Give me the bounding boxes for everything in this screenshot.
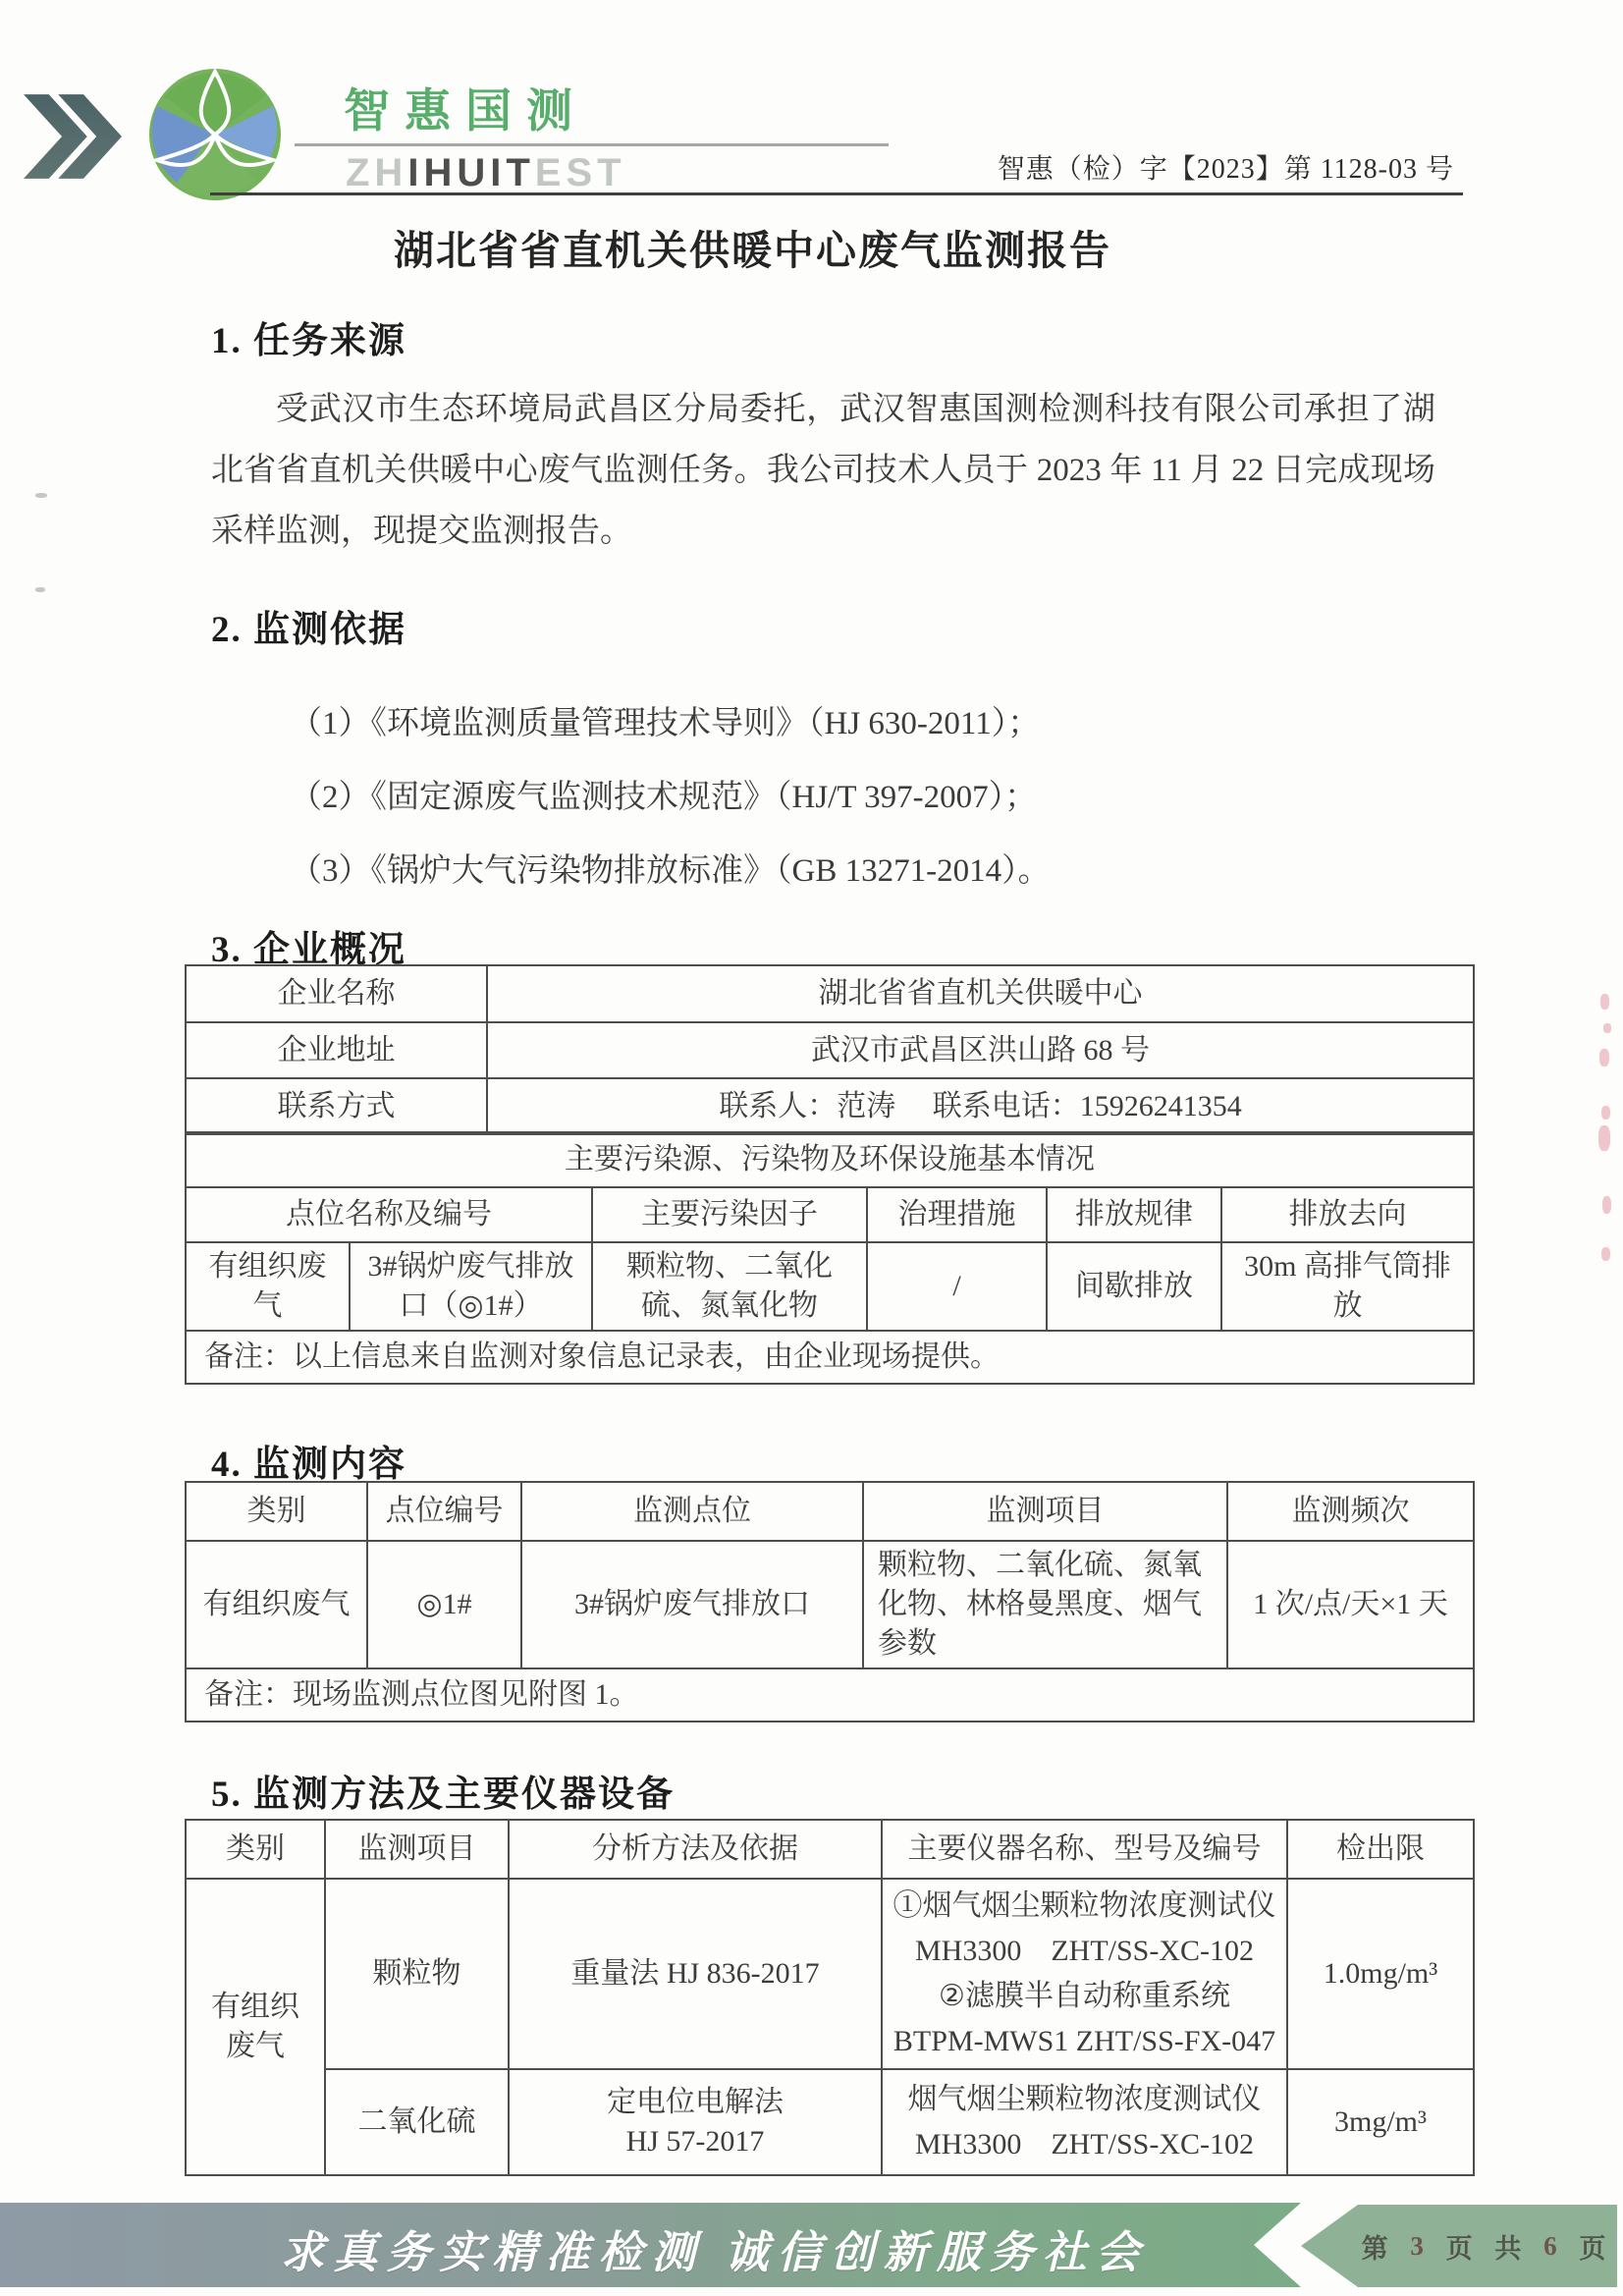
cell-point: 3#锅炉废气排放口 <box>521 1541 863 1668</box>
cell-category: 有组织废气 <box>186 1541 367 1668</box>
brand-en-part-1: ZH <box>346 151 407 194</box>
col-header-method: 分析方法及依据 <box>509 1820 882 1879</box>
scan-artifact <box>1598 1125 1610 1151</box>
brand-divider-line <box>295 143 889 146</box>
contact-value: 联系人：范涛 联系电话：15926241354 <box>487 1078 1474 1134</box>
cell-outlet: 3#锅炉废气排放口（◎1#） <box>350 1242 592 1331</box>
footer-slogan-band: 求真务实精准检测 诚信创新服务社会 <box>0 2203 1301 2287</box>
cell-category: 有组织废气 <box>186 1242 350 1331</box>
col-header-category: 类别 <box>186 1482 367 1541</box>
company-name-label: 企业名称 <box>186 965 487 1022</box>
cell-pattern: 间歇排放 <box>1047 1242 1221 1331</box>
report-title: 湖北省省直机关供暖中心废气监测报告 <box>187 218 1436 276</box>
table-row: 企业地址 武汉市武昌区洪山路 68 号 <box>186 1022 1474 1078</box>
scan-artifact <box>1601 1247 1610 1261</box>
page-total: 6 <box>1543 2231 1565 2262</box>
cell-method-so2: 定电位电解法 HJ 57-2017 <box>509 2069 882 2175</box>
table-row: 有组织废气 3#锅炉废气排放口（◎1#） 颗粒物、二氧化硫、氮氧化物 / 间歇排… <box>186 1242 1474 1331</box>
table-row: 联系方式 联系人：范涛 联系电话：15926241354 <box>186 1078 1474 1134</box>
section-5-heading: 5. 监测方法及主要仪器设备 <box>211 1764 675 1817</box>
col-header-pattern: 排放规律 <box>1047 1187 1221 1242</box>
section-4-heading: 4. 监测内容 <box>211 1434 406 1487</box>
brand-en-part-3: EST <box>535 151 626 194</box>
scan-artifact <box>1599 1049 1609 1066</box>
cell-item-particulate: 颗粒物 <box>325 1879 509 2069</box>
methods-instruments-table: 类别 监测项目 分析方法及依据 主要仪器名称、型号及编号 检出限 有组织 废气 … <box>185 1819 1475 2176</box>
scan-artifact <box>35 587 45 592</box>
pollution-source-table: 主要污染源、污染物及环保设施基本情况 点位名称及编号 主要污染因子 治理措施 排… <box>185 1131 1475 1385</box>
cell-limit-particulate: 1.0mg/m³ <box>1287 1879 1474 2069</box>
header-rule-line <box>210 192 1463 195</box>
table-row: 企业名称 湖北省省直机关供暖中心 <box>186 965 1474 1022</box>
col-header-items: 监测项目 <box>863 1482 1227 1541</box>
brand-name-chinese: 智惠国测 <box>344 75 587 140</box>
page-number-text: 第 3 页 共 6 页 <box>1358 2205 1617 2287</box>
cell-destination: 30m 高排气筒排放 <box>1221 1242 1474 1331</box>
cell-item-so2: 二氧化硫 <box>325 2069 509 2175</box>
scan-artifact <box>1603 1023 1611 1033</box>
reference-item: （1）《环境监测质量管理技术导则》（HJ 630-2011）； <box>290 697 1040 743</box>
company-address-label: 企业地址 <box>186 1022 487 1078</box>
page-prefix: 第 <box>1362 2227 1396 2266</box>
cell-limit-so2: 3mg/m³ <box>1287 2069 1474 2175</box>
table-row: 有组织废气 ◎1# 3#锅炉废气排放口 颗粒物、二氧化硫、氮氧化物、林格曼黑度、… <box>186 1541 1474 1668</box>
col-header-item: 监测项目 <box>325 1820 509 1879</box>
cell-frequency: 1 次/点/天×1 天 <box>1227 1541 1474 1668</box>
table-row: 主要污染源、污染物及环保设施基本情况 <box>186 1132 1474 1187</box>
table-header-row: 点位名称及编号 主要污染因子 治理措施 排放规律 排放去向 <box>186 1187 1474 1242</box>
table-note: 备注：以上信息来自监测对象信息记录表，由企业现场提供。 <box>186 1331 1474 1384</box>
page-suffix: 页 <box>1579 2227 1613 2266</box>
col-header-point: 点位名称及编号 <box>186 1187 592 1242</box>
cell-point-id: ◎1# <box>367 1541 521 1668</box>
reference-item: （2）《固定源废气监测技术规范》（HJ/T 397-2007）； <box>290 771 1037 817</box>
table-row: 二氧化硫 定电位电解法 HJ 57-2017 烟气烟尘颗粒物浓度测试仪 MH33… <box>186 2069 1474 2175</box>
table-header-row: 类别 点位编号 监测点位 监测项目 监测频次 <box>186 1482 1474 1541</box>
section-2-heading: 2. 监测依据 <box>211 599 406 652</box>
page-number: 3 <box>1410 2231 1432 2262</box>
scan-artifact <box>35 493 47 498</box>
section-1-heading: 1. 任务来源 <box>211 310 406 363</box>
company-address-value: 武汉市武昌区洪山路 68 号 <box>487 1022 1474 1078</box>
table-note-row: 备注：现场监测点位图见附图 1。 <box>186 1668 1474 1722</box>
table-note: 备注：现场监测点位图见附图 1。 <box>186 1668 1474 1722</box>
task-source-paragraph: 受武汉市生态环境局武昌区分局委托，武汉智惠国测检测科技有限公司承担了湖北省省直机… <box>211 379 1435 562</box>
cell-pollutants: 颗粒物、二氧化硫、氮氧化物 <box>592 1242 867 1331</box>
cell-category: 有组织 废气 <box>186 1879 325 2175</box>
company-info-table: 企业名称 湖北省省直机关供暖中心 企业地址 武汉市武昌区洪山路 68 号 联系方… <box>185 964 1475 1135</box>
cell-items: 颗粒物、二氧化硫、氮氧化物、林格曼黑度、烟气参数 <box>863 1541 1227 1668</box>
footer-slogan: 求真务实精准检测 诚信创新服务社会 <box>0 2216 1242 2280</box>
scan-artifact <box>1601 1106 1610 1120</box>
company-name-value: 湖北省省直机关供暖中心 <box>487 965 1474 1022</box>
cell-instrument-so2: 烟气烟尘颗粒物浓度测试仪 MH3300 ZHT/SS-XC-102 <box>882 2069 1287 2175</box>
cell-treatment: / <box>867 1242 1047 1331</box>
cell-instrument-particulate: ①烟气烟尘颗粒物浓度测试仪 MH3300 ZHT/SS-XC-102 ②滤膜半自… <box>882 1879 1287 2069</box>
col-header-limit: 检出限 <box>1287 1820 1474 1879</box>
col-header-instrument: 主要仪器名称、型号及编号 <box>882 1820 1287 1879</box>
col-header-destination: 排放去向 <box>1221 1187 1474 1242</box>
col-header-point: 监测点位 <box>521 1482 863 1541</box>
company-logo-icon <box>147 67 283 207</box>
cell-method-particulate: 重量法 HJ 836-2017 <box>509 1879 882 2069</box>
contact-label: 联系方式 <box>186 1078 487 1134</box>
page-mid: 页 共 <box>1446 2227 1530 2266</box>
col-header-factor: 主要污染因子 <box>592 1187 867 1242</box>
brand-name-english: ZHIHUITEST <box>346 151 626 195</box>
table-header-row: 类别 监测项目 分析方法及依据 主要仪器名称、型号及编号 检出限 <box>186 1820 1474 1879</box>
table-row: 有组织 废气 颗粒物 重量法 HJ 836-2017 ①烟气烟尘颗粒物浓度测试仪… <box>186 1879 1474 2069</box>
col-header-frequency: 监测频次 <box>1227 1482 1474 1541</box>
report-page: 智惠国测 ZHIHUITEST 智惠（检）字【2023】第 1128-03 号 … <box>0 0 1623 2296</box>
col-header-treatment: 治理措施 <box>867 1187 1047 1242</box>
document-number: 智惠（检）字【2023】第 1128-03 号 <box>998 147 1454 187</box>
span-header-cell: 主要污染源、污染物及环保设施基本情况 <box>186 1132 1474 1187</box>
scan-artifact <box>1602 1196 1611 1214</box>
brand-en-part-2: IHUIT <box>407 151 534 194</box>
double-chevron-icon <box>24 92 122 186</box>
col-header-category: 类别 <box>186 1820 325 1879</box>
reference-item: （3）《锅炉大气污染物排放标准》（GB 13271-2014）。 <box>290 845 1051 891</box>
scan-artifact <box>1600 994 1609 1010</box>
col-header-point-id: 点位编号 <box>367 1482 521 1541</box>
monitoring-content-table: 类别 点位编号 监测点位 监测项目 监测频次 有组织废气 ◎1# 3#锅炉废气排… <box>185 1481 1475 1722</box>
page-number-badge: 第 3 页 共 6 页 <box>1301 2205 1617 2287</box>
table-note-row: 备注：以上信息来自监测对象信息记录表，由企业现场提供。 <box>186 1331 1474 1384</box>
